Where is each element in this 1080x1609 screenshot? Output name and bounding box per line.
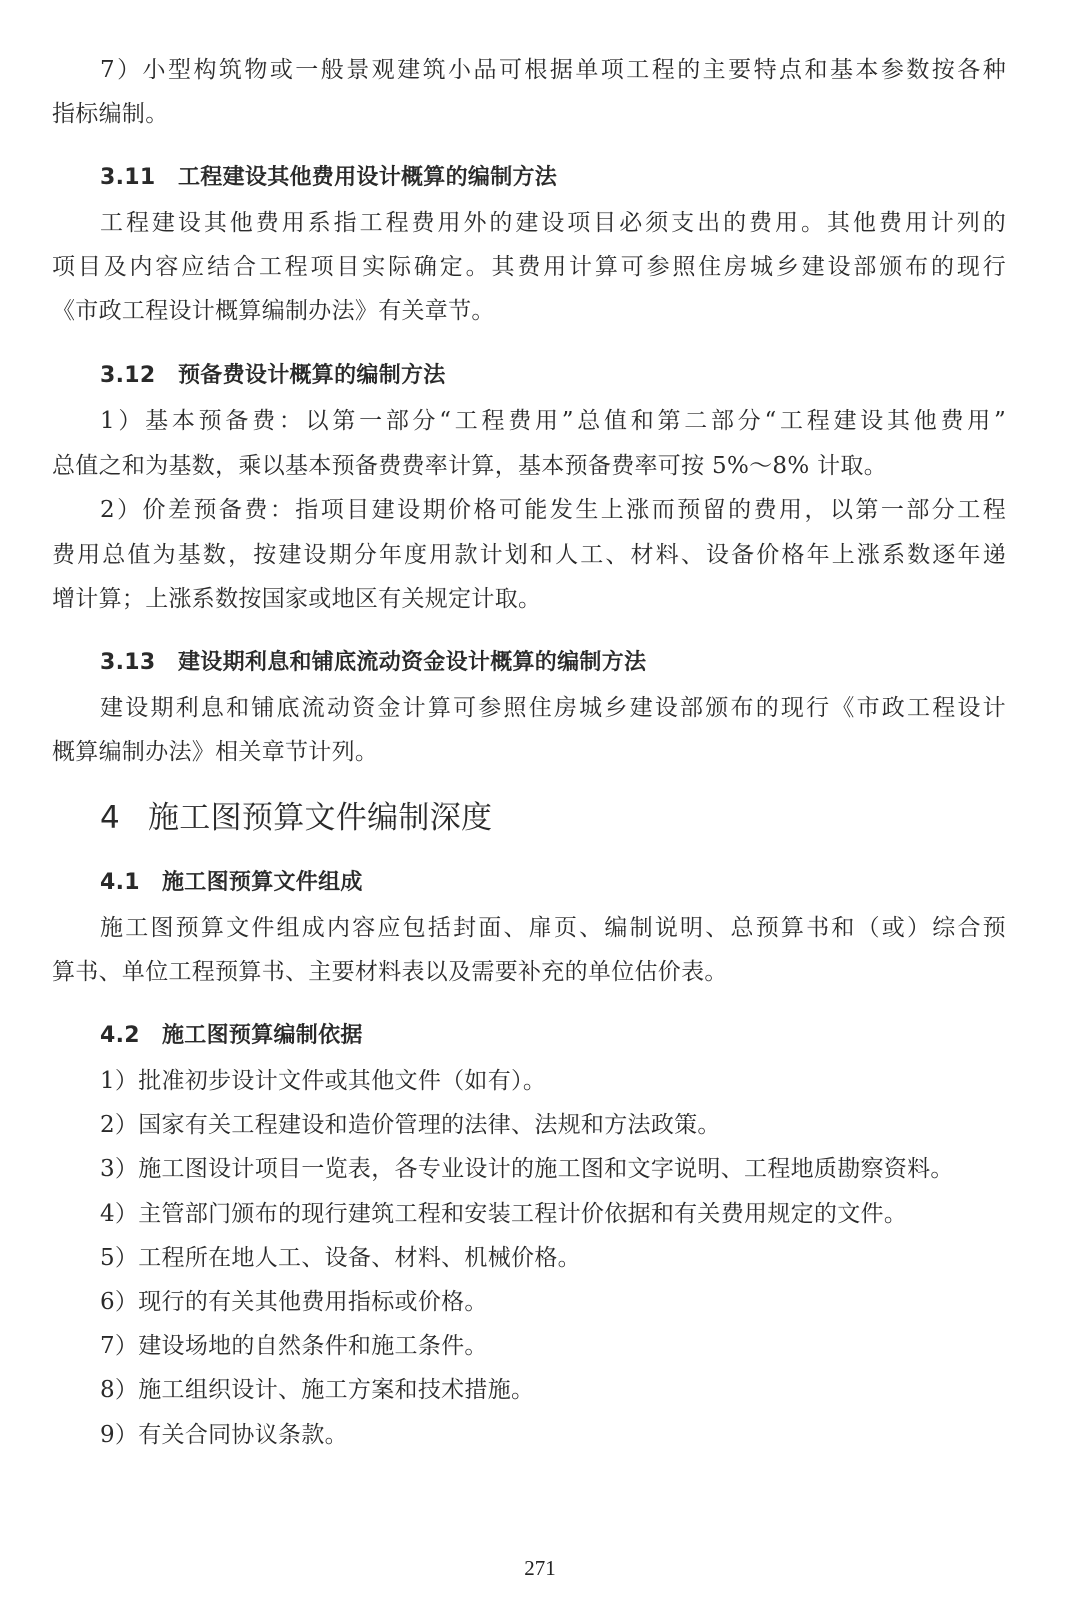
paragraph-line: 7）小型构筑物或一般景观建筑小品可根据单项工程的主要特点和基本参数按各种 [52, 55, 1006, 85]
paragraph-line: 算书、单位工程预算书、主要材料表以及需要补充的单位估价表。 [52, 957, 1006, 987]
list-item: 5）工程所在地人工、设备、材料、机械价格。 [52, 1243, 1006, 1273]
paragraph-line: 2）价差预备费：指项目建设期价格可能发生上涨而预留的费用，以第一部分工程 [52, 495, 1006, 525]
paragraph-line: 指标编制。 [52, 99, 1006, 129]
list-item: 3）施工图设计项目一览表，各专业设计的施工图和文字说明、工程地质勘察资料。 [52, 1154, 1006, 1184]
list-item: 2）国家有关工程建设和造价管理的法律、法规和方法政策。 [52, 1110, 1006, 1140]
section-title: 预备费设计概算的编制方法 [178, 363, 446, 388]
section-heading-3-12: 3.12预备费设计概算的编制方法 [52, 361, 1006, 391]
paragraph-line: 建设期利息和铺底流动资金计算可参照住房城乡建设部颁布的现行《市政工程设计 [52, 693, 1006, 723]
section-heading-3-13: 3.13建设期利息和铺底流动资金设计概算的编制方法 [52, 648, 1006, 678]
section-title: 施工图预算编制依据 [162, 1023, 363, 1048]
section-number: 4.2 [100, 1021, 162, 1051]
paragraph-line: 费用总值为基数，按建设期分年度用款计划和人工、材料、设备价格年上涨系数逐年递 [52, 540, 1006, 570]
paragraph-line: 概算编制办法》相关章节计列。 [52, 737, 1006, 767]
paragraph-line: 1）基本预备费：以第一部分“工程费用”总值和第二部分“工程建设其他费用” [52, 406, 1006, 436]
chapter-title: 施工图预算文件编制深度 [148, 800, 492, 836]
section-number: 3.11 [100, 163, 178, 193]
page-number: 271 [0, 1556, 1080, 1581]
list-item: 4）主管部门颁布的现行建筑工程和安装工程计价依据和有关费用规定的文件。 [52, 1199, 1006, 1229]
chapter-number: 4 [100, 798, 148, 838]
list-item: 6）现行的有关其他费用指标或价格。 [52, 1287, 1006, 1317]
section-heading-4-1: 4.1施工图预算文件组成 [52, 868, 1006, 898]
list-item: 1）批准初步设计文件或其他文件（如有）。 [52, 1066, 1006, 1096]
section-heading-3-11: 3.11工程建设其他费用设计概算的编制方法 [52, 163, 1006, 193]
section-title: 施工图预算文件组成 [162, 870, 363, 895]
paragraph-line: 项目及内容应结合工程项目实际确定。其费用计算可参照住房城乡建设部颁布的现行 [52, 252, 1006, 282]
section-number: 4.1 [100, 868, 162, 898]
paragraph-line: 施工图预算文件组成内容应包括封面、扉页、编制说明、总预算书和（或）综合预 [52, 913, 1006, 943]
section-title: 建设期利息和铺底流动资金设计概算的编制方法 [178, 650, 646, 675]
section-number: 3.12 [100, 361, 178, 391]
list-item: 7）建设场地的自然条件和施工条件。 [52, 1331, 1006, 1361]
paragraph-line: 增计算；上涨系数按国家或地区有关规定计取。 [52, 584, 1006, 614]
list-item: 8）施工组织设计、施工方案和技术措施。 [52, 1375, 1006, 1405]
section-title: 工程建设其他费用设计概算的编制方法 [178, 165, 557, 190]
paragraph-line: 《市政工程设计概算编制办法》有关章节。 [52, 296, 1006, 326]
section-heading-4-2: 4.2施工图预算编制依据 [52, 1021, 1006, 1051]
paragraph-line: 工程建设其他费用系指工程费用外的建设项目必须支出的费用。其他费用计列的 [52, 208, 1006, 238]
chapter-heading-4: 4施工图预算文件编制深度 [52, 798, 1006, 838]
section-number: 3.13 [100, 648, 178, 678]
paragraph-line: 总值之和为基数，乘以基本预备费费率计算，基本预备费率可按 5%～8% 计取。 [52, 451, 1006, 481]
list-item: 9）有关合同协议条款。 [52, 1420, 1006, 1450]
